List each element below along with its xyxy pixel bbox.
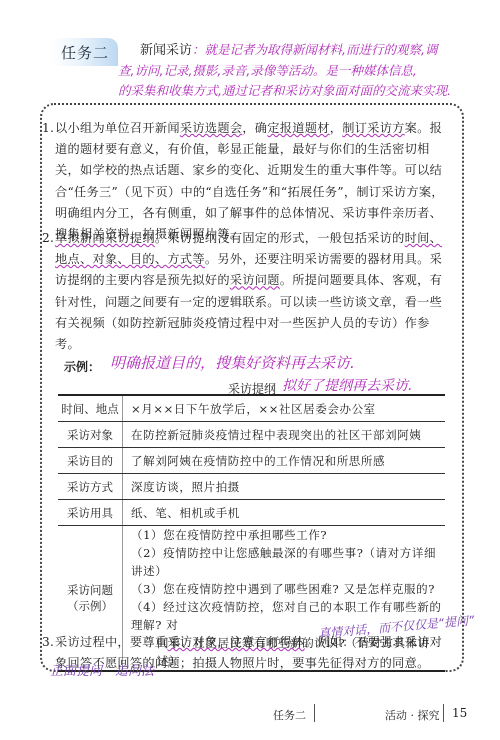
handwritten-definition-line1: ：就是记者为取得新闻材料,而进行的观察,调 [192, 42, 437, 57]
row-value: ×月××日下午放学后，××社区居委会办公室 [123, 395, 446, 422]
handwritten-example-note: 明确报道目的，搜集好资料再去采访. [110, 352, 355, 373]
footer-divider [443, 704, 444, 722]
footer-task-label: 任务二 [273, 707, 306, 723]
footer-section-label: 活动 · 探究 [385, 707, 440, 723]
underlined-text: 制订采访方 [342, 121, 404, 135]
task-badge: 任务二 [52, 38, 118, 66]
row-value: 在防控新冠肺炎疫情过程中表现突出的社区干部刘阿姨 [123, 422, 446, 448]
table-row: 采访对象 在防控新冠肺炎疫情过程中表现突出的社区干部刘阿姨 [58, 422, 445, 448]
item-1: 1. 以小组为单位召开新闻采访选题会，确定报道题材，制订采访方案。报道的题材要有… [55, 118, 445, 245]
row-value: 深度访谈，照片拍摄 [123, 474, 446, 500]
row-key: 时间、地点 [58, 395, 123, 422]
item-text: 采访过程中，要尊重 [55, 635, 167, 649]
row-value: 纸、笔、相机或手机 [123, 500, 446, 526]
table-row: 采访用具 纸、笔、相机或手机 [58, 500, 445, 526]
item-number: 1. [42, 118, 54, 139]
intro-definition: 新闻采访：就是记者为取得新闻材料,而进行的观察,调 查,访问,记录,摄影,录音,… [140, 40, 485, 101]
row-value: 了解刘阿姨在疫情防控中的工作情况和所思所感 [123, 448, 446, 474]
item-text: ，确 [242, 121, 267, 135]
page-number: 15 [452, 706, 467, 720]
item-text: 。采访提纲没有固定的形式，一般包括采访的 [155, 231, 405, 245]
questions-key-line1: 采访问题 [58, 582, 122, 598]
underlined-text: 定报道题材 [267, 121, 329, 135]
handwritten-outline-note: 拟好了提纲再去采访. [282, 375, 412, 395]
row-key: 采访方式 [58, 474, 123, 500]
underlined-text: 采访选题会 [180, 121, 242, 135]
underlined-text: 采访对象，注意言行得体 [167, 635, 304, 649]
row-key: 采访目的 [58, 448, 123, 474]
handwritten-definition-line2: 查,访问,记录,摄影,录音,录像等活动。是一种媒体信息, [118, 61, 485, 81]
item-text: 案。报道的题材要有意义，有价值，彰显正能量，最好与你们的生活密切相关，如学校的热… [55, 121, 444, 241]
table-row: 采访目的 了解刘阿姨在疫情防控中的工作情况和所思所感 [58, 448, 445, 474]
table-row: 采访方式 深度访谈，照片拍摄 [58, 474, 445, 500]
term-label: 新闻采访 [140, 43, 192, 58]
handwritten-note-bottom: 正面提问 追问法 [50, 660, 154, 679]
item-number: 3. [42, 632, 54, 653]
question-item: （2）疫情防控中让您感触最深的有哪些事?（请对方详细讲述） [131, 544, 445, 580]
row-key: 采访对象 [58, 422, 123, 448]
footer-divider [314, 704, 315, 722]
item-2: 2. 草拟新闻采访提纲。采访提纲没有固定的形式，一般包括采访的时间、地点、对象、… [55, 228, 445, 355]
underlined-text: 草拟新闻采访提纲 [55, 231, 155, 245]
item-text: 以小组为单位召开新闻 [55, 121, 180, 135]
questions-key-line2: （示例） [58, 598, 122, 614]
table-row: 时间、地点 ×月××日下午放学后，××社区居委会办公室 [58, 395, 445, 422]
row-key: 采访用具 [58, 500, 123, 526]
example-label: 示例： [64, 358, 100, 375]
item-number: 2. [42, 228, 54, 249]
question-item: （1）您在疫情防控中承担哪些工作? [131, 526, 445, 544]
handwritten-definition-line3: 的采集和收集方式,通过记者和采访对象面对面的交流来实现. [118, 81, 485, 101]
item-text: ， [330, 121, 343, 135]
question-item: （3）您在疫情防控中遇到了哪些困难? 又是怎样克服的? [131, 580, 445, 598]
underlined-text: 采访问题 [230, 273, 280, 287]
